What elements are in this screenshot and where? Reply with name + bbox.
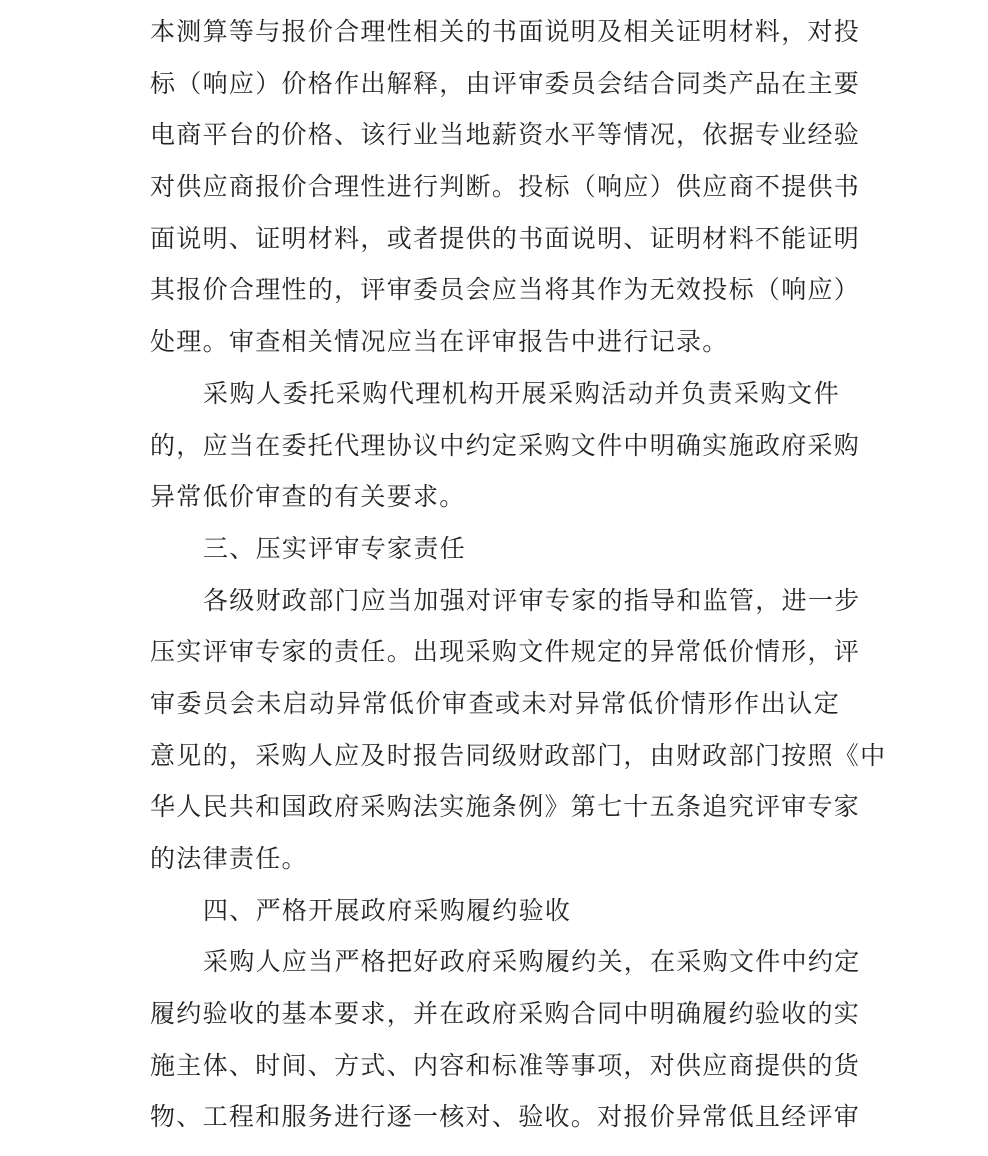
text-line: 施主体、时间、方式、内容和标准等事项，对供应商提供的货: [150, 1040, 840, 1092]
text-line: 华人民共和国政府采购法实施条例》第七十五条追究评审专家: [150, 781, 840, 833]
text-line: 的法律责任。: [150, 833, 840, 885]
text-line: 标（响应）价格作出解释，由评审委员会结合同类产品在主要: [150, 58, 840, 110]
paragraph-first-line: 采购人委托采购代理机构开展采购活动并负责采购文件: [150, 368, 840, 420]
text-line: 履约验收的基本要求，并在政府采购合同中明确履约验收的实: [150, 988, 840, 1040]
text-line: 审委员会未启动异常低价审查或未对异常低价情形作出认定: [150, 678, 840, 730]
section-heading-4: 四、严格开展政府采购履约验收: [150, 885, 840, 937]
text-line: 对供应商报价合理性进行判断。投标（响应）供应商不提供书: [150, 161, 840, 213]
paragraph-first-line: 各级财政部门应当加强对评审专家的指导和监管，进一步: [150, 575, 840, 627]
text-line: 其报价合理性的，评审委员会应当将其作为无效投标（响应）: [150, 264, 840, 316]
text-line: 面说明、证明材料，或者提供的书面说明、证明材料不能证明: [150, 213, 840, 265]
text-line: 处理。审查相关情况应当在评审报告中进行记录。: [150, 316, 840, 368]
document-page: 本测算等与报价合理性相关的书面说明及相关证明材料，对投 标（响应）价格作出解释，…: [0, 0, 988, 1156]
document-body: 本测算等与报价合理性相关的书面说明及相关证明材料，对投 标（响应）价格作出解释，…: [150, 6, 840, 1143]
text-line: 压实评审专家的责任。出现采购文件规定的异常低价情形，评: [150, 626, 840, 678]
section-heading-3: 三、压实评审专家责任: [150, 523, 840, 575]
text-line: 本测算等与报价合理性相关的书面说明及相关证明材料，对投: [150, 6, 840, 58]
text-line: 电商平台的价格、该行业当地薪资水平等情况，依据专业经验: [150, 109, 840, 161]
text-line: 异常低价审查的有关要求。: [150, 471, 840, 523]
text-line: 的，应当在委托代理协议中约定采购文件中明确实施政府采购: [150, 420, 840, 472]
text-line: 物、工程和服务进行逐一核对、验收。对报价异常低且经评审: [150, 1091, 840, 1143]
text-line: 意见的，采购人应及时报告同级财政部门，由财政部门按照《中: [150, 730, 840, 782]
paragraph-first-line: 采购人应当严格把好政府采购履约关，在采购文件中约定: [150, 936, 840, 988]
